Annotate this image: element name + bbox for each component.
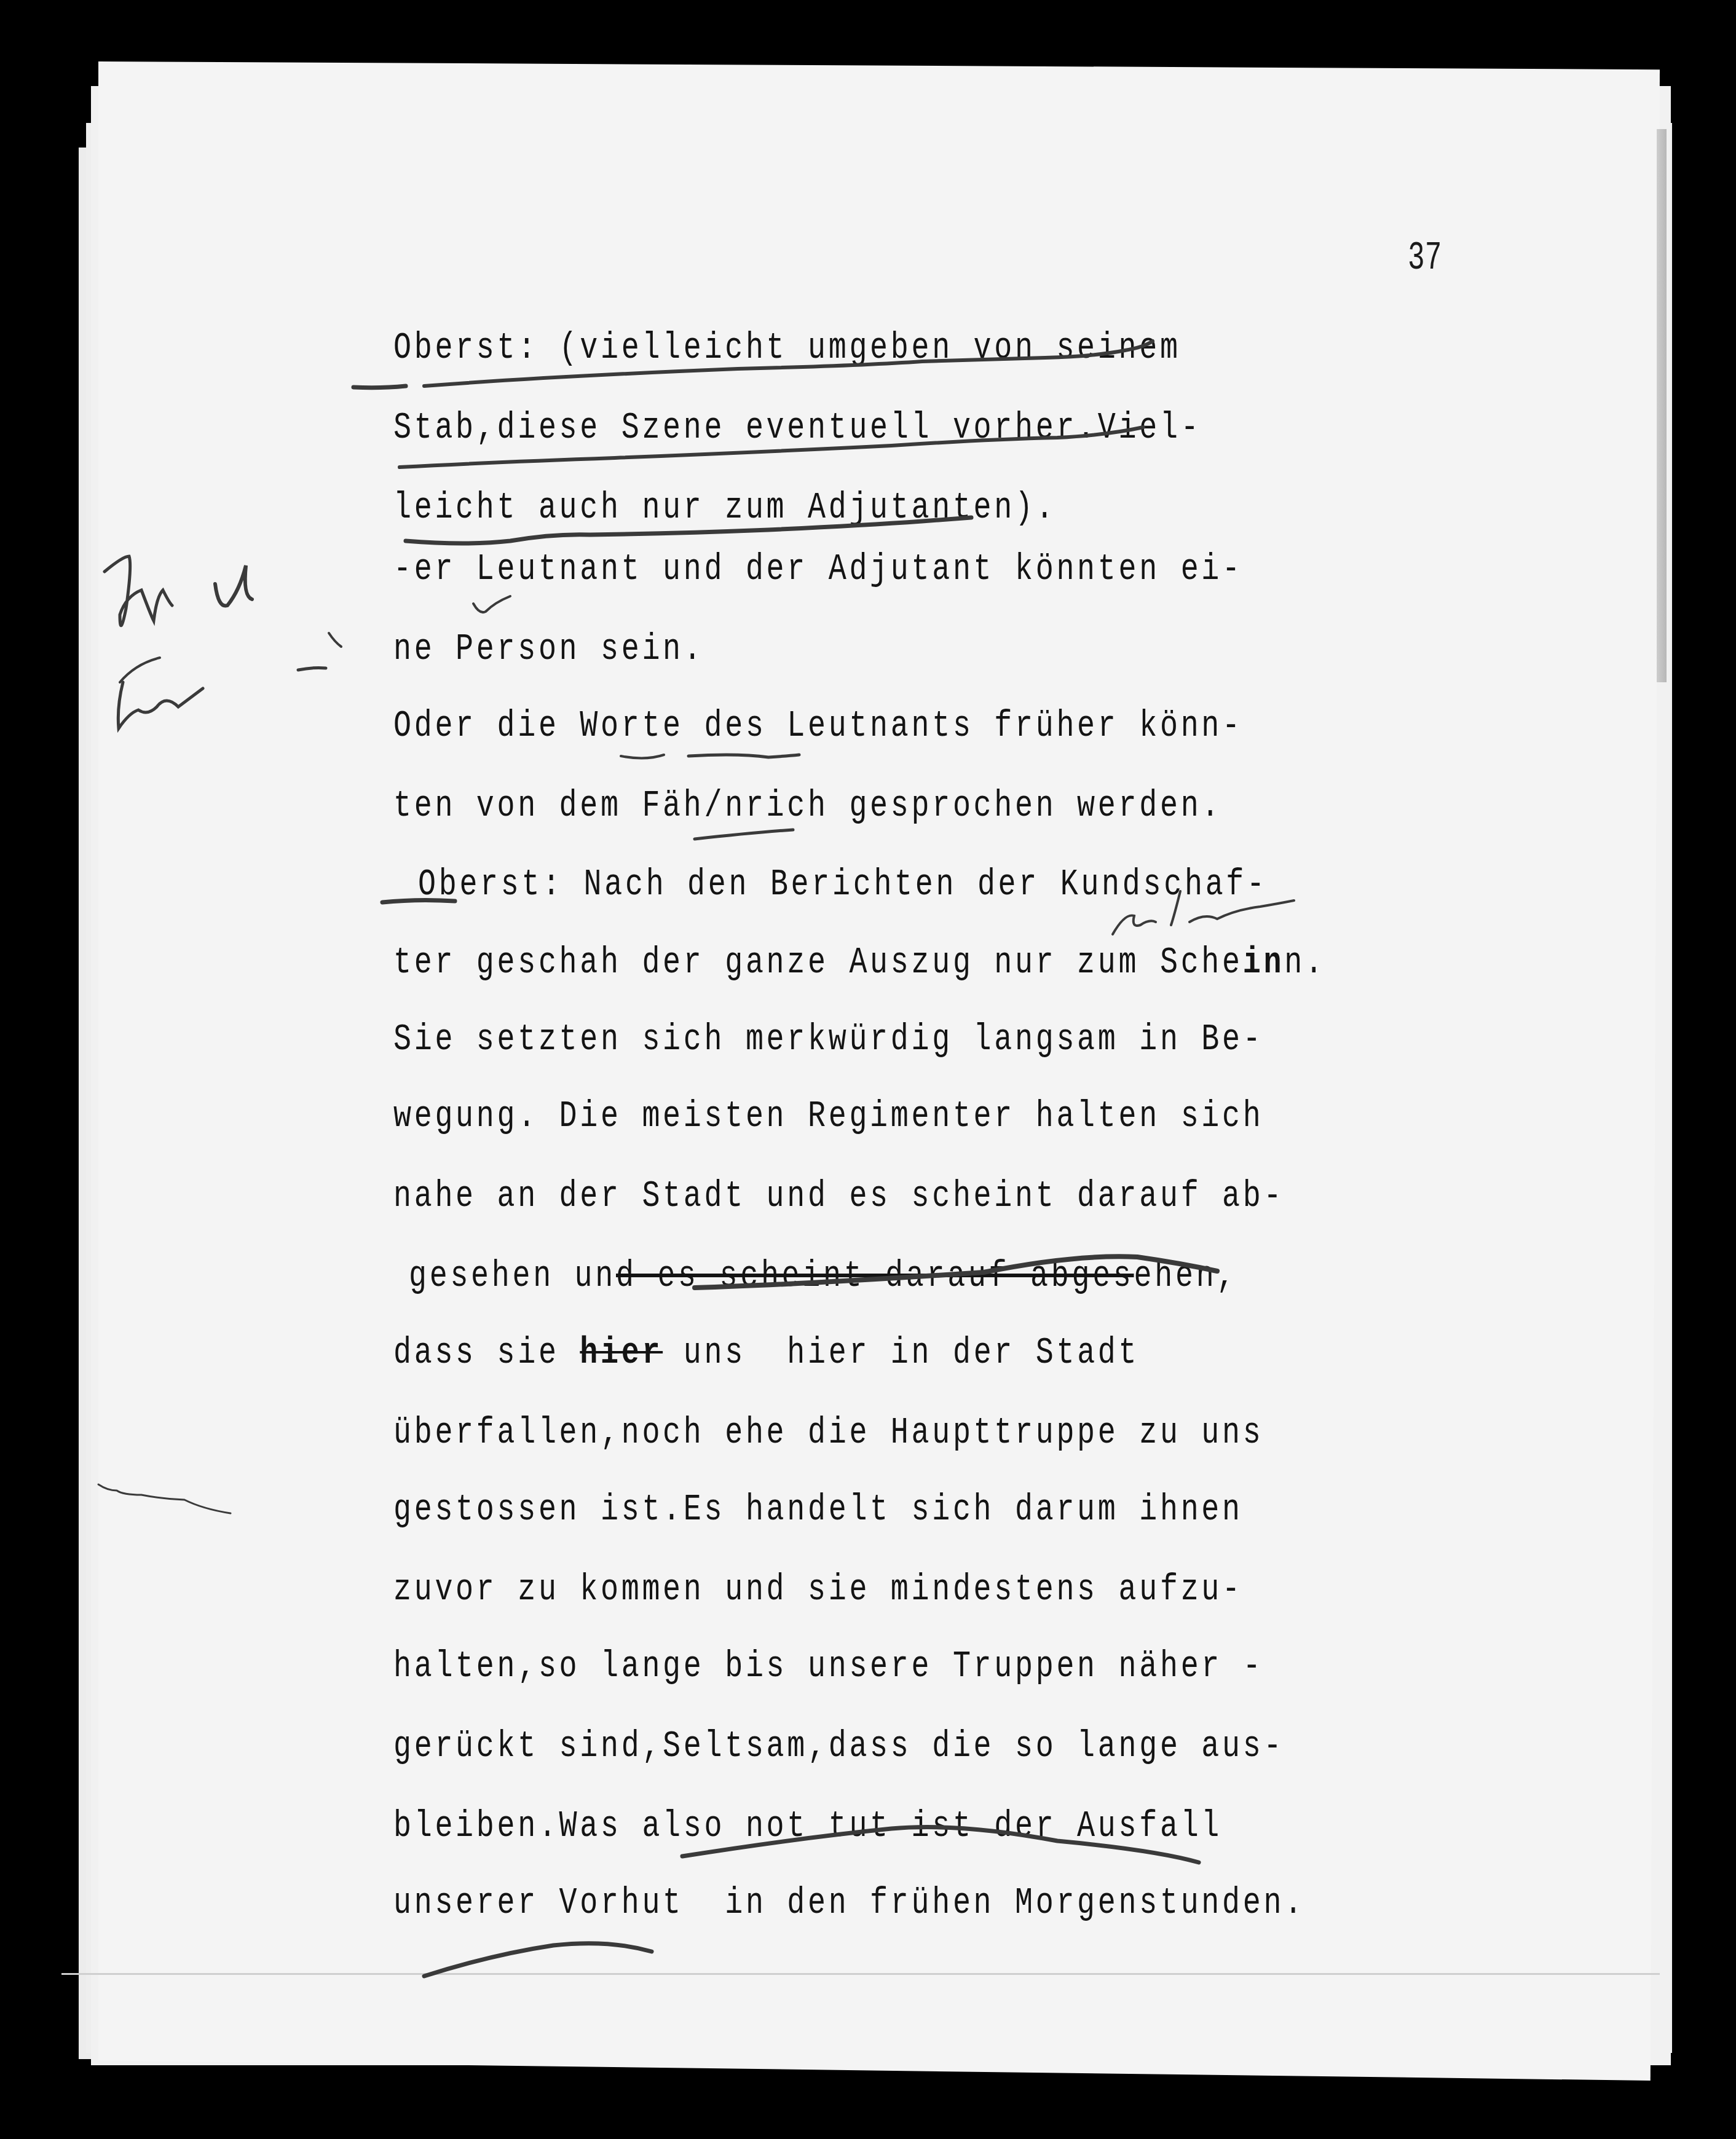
text-line: -er Leutnant und der Adjutant könnten ei…	[393, 550, 1243, 588]
struck-text: d es scheint darauf abges	[616, 1254, 1134, 1298]
typed-text: dass sie	[393, 1331, 580, 1374]
page-number: 37	[1408, 237, 1442, 281]
text-line: Oder die Worte des Leutnants früher könn…	[393, 707, 1243, 745]
page-edge-shadow	[1657, 129, 1667, 682]
text-line: gestossen ist.Es handelt sich darum ihne…	[393, 1491, 1243, 1529]
overtyped-text: hier	[580, 1331, 663, 1374]
handwritten-correction: n.	[1284, 940, 1325, 984]
text-line: wegung. Die meisten Regimenter halten si…	[393, 1097, 1263, 1135]
text-line: zuvor zu kommen und sie mindestens aufzu…	[393, 1570, 1243, 1609]
typed-text: ter geschah der ganze Auszug nur zum Sch…	[393, 940, 1243, 984]
text-line: Sie setzten sich merkwürdig langsam in B…	[393, 1020, 1263, 1058]
overtyped-text: in	[1243, 940, 1284, 984]
text-line: unserer Vorhut in den frühen Morgenstund…	[393, 1884, 1305, 1922]
text-line: überfallen,noch ehe die Haupttruppe zu u…	[393, 1414, 1263, 1452]
page-fold-line	[61, 1973, 1660, 1975]
text-line: Stab,diese Szene eventuell vorher.Viel-	[393, 409, 1201, 447]
text-line: leicht auch nur zum Adjutanten).	[393, 489, 1056, 527]
text-line: bleiben.Was also not tut ist der Ausfall	[393, 1807, 1222, 1845]
typed-text: uns hier in der Stadt	[663, 1331, 1139, 1374]
text-line: ten von dem Fäh/nrich gesprochen werden.	[393, 787, 1222, 825]
text-line: Oberst: (vielleicht umgeben von seinem	[393, 329, 1181, 367]
text-line: ter geschah der ganze Auszug nur zum Sch…	[393, 943, 1326, 982]
text-line: dass sie hier uns hier in der Stadt	[393, 1334, 1139, 1372]
typed-text: ehen,	[1134, 1254, 1238, 1298]
text-line: gesehen und es scheint darauf abgesehen,	[409, 1257, 1237, 1295]
text-line: gerückt sind,Seltsam,dass die so lange a…	[393, 1727, 1284, 1765]
text-line: ne Person sein.	[393, 630, 704, 668]
text-line: halten,so lange bis unsere Truppen näher…	[393, 1647, 1263, 1685]
text-line: nahe an der Stadt und es scheint darauf …	[393, 1177, 1284, 1215]
typed-text: gesehen un	[409, 1254, 616, 1298]
